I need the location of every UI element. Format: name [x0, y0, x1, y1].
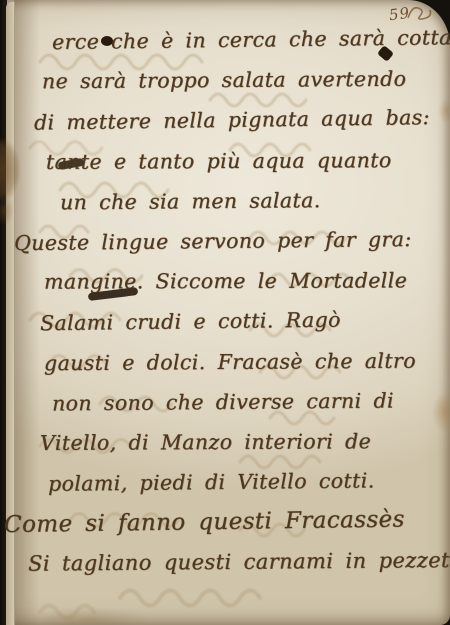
manuscript-line: un che sia men salata. — [0, 179, 442, 223]
edge-stain — [30, 607, 150, 625]
manuscript-page: 59 erce che è in cerca che sarà cotta ne… — [0, 0, 450, 625]
manuscript-line: erce che è in cerca che sarà cotta — [0, 17, 442, 63]
manuscript-line: non sono che diverse carni di — [0, 380, 442, 424]
manuscript-line: ne sarà troppo salata avertendo — [0, 59, 442, 102]
manuscript-line: di mettere nella pignata aqua bas: — [0, 97, 442, 143]
manuscript-line: Queste lingue servono per far gra: — [0, 219, 442, 264]
manuscript-line: polami, piedi di Vitello cotti. — [0, 460, 442, 505]
manuscript-line: Salami crudi e cotti. Ragò — [0, 299, 442, 345]
manuscript-line: mangine. Siccome le Mortadelle — [0, 260, 442, 302]
handwritten-text-block: erce che è in cerca che sarà cotta ne sa… — [0, 20, 442, 583]
manuscript-photo: 59 erce che è in cerca che sarà cotta ne… — [0, 0, 450, 625]
manuscript-line: tante e tanto più aqua quanto — [0, 139, 442, 182]
manuscript-line: Vitello, di Manzo interiori de — [0, 421, 442, 464]
manuscript-line: Come si fanno questi Fracassès — [0, 499, 442, 545]
manuscript-line: Si tagliano questi carnami in pezzetti. — [0, 541, 442, 585]
manuscript-line: gausti e dolci. Fracasè che altro — [0, 340, 442, 383]
